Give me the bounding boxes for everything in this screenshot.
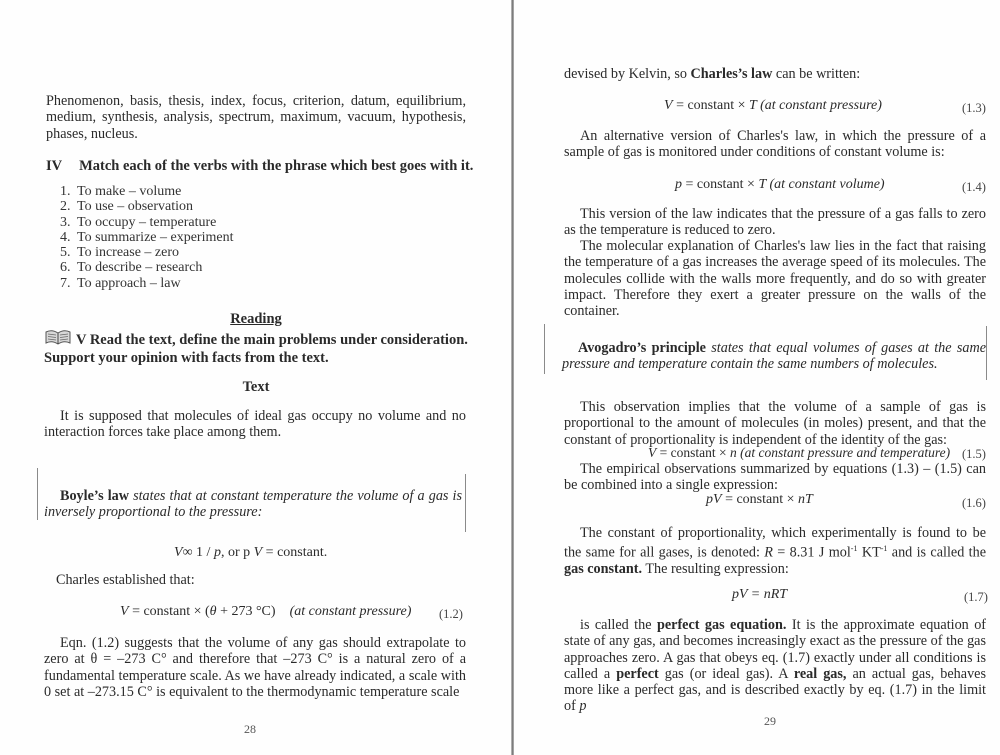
- charles-intro: Charles established that:: [56, 572, 195, 589]
- right-page: devised by Kelvin, so Charles’s law can …: [514, 0, 1000, 755]
- boyle-law-statement: Boyle’s law states that at constant temp…: [44, 488, 462, 521]
- page-number-right: 29: [764, 714, 776, 729]
- equation-number-1-4: (1.4): [962, 180, 986, 195]
- observation-paragraph: This observation implies that the volume…: [564, 399, 986, 448]
- alt-paragraph: An alternative version of Charles's law,…: [564, 128, 986, 161]
- boyle-equation: V∞ 1 / p, or p V = constant.: [174, 545, 327, 561]
- exercise-v-line1: V Read the text, define the main problem…: [76, 332, 468, 348]
- reading-heading: Reading: [230, 311, 282, 327]
- equation-1-3: V = constant × T (at constant pressure): [664, 98, 882, 114]
- molecular-paragraph: The molecular explanation of Charles's l…: [564, 238, 986, 319]
- verb-list: 1.To make – volume 2.To use – observatio…: [60, 184, 233, 291]
- eqn-paragraph: Eqn. (1.2) suggests that the volume of a…: [44, 635, 466, 700]
- list-item: 7.To approach – law: [60, 276, 233, 291]
- kelvin-line: devised by Kelvin, so Charles’s law can …: [564, 66, 860, 83]
- list-item: 6.To describe – research: [60, 260, 233, 275]
- equation-1-7: pV = nRT: [732, 587, 787, 603]
- exercise-v: V Read the text, define the main problem…: [44, 328, 484, 367]
- equation-1-5: V = constant × n (at constant pressure a…: [648, 445, 950, 461]
- box-border-left: [37, 468, 38, 520]
- word-list: Phenomenon, basis, thesis, index, focus,…: [46, 93, 466, 142]
- list-item: 5.To increase – zero: [60, 245, 233, 260]
- list-item: 3.To occupy – temperature: [60, 215, 233, 230]
- boyle-law-term: Boyle’s law: [60, 488, 129, 504]
- equation-1-4: p = constant × T (at constant volume): [675, 177, 885, 193]
- exercise-iv-instruction: Match each of the verbs with the phrase …: [79, 158, 473, 174]
- list-item: 4.To summarize – experiment: [60, 230, 233, 245]
- box-border-right: [465, 474, 466, 532]
- version-paragraph: This version of the law indicates that t…: [564, 206, 986, 239]
- list-item: 2.To use – observation: [60, 199, 233, 214]
- equation-number-1-3: (1.3): [962, 101, 986, 116]
- page-number-left: 28: [244, 722, 256, 737]
- avogadro-term: Avogadro’s principle: [578, 340, 706, 356]
- text-heading: Text: [46, 379, 466, 396]
- box-border-left: [544, 324, 545, 374]
- equation-number-1-5: (1.5): [962, 447, 986, 462]
- equation-1-2: V = constant × (θ + 273 °C)(at constant …: [120, 604, 411, 620]
- equation-number-1-6: (1.6): [962, 496, 986, 511]
- left-page: Phenomenon, basis, thesis, index, focus,…: [0, 0, 511, 755]
- avogadro-statement: Avogadro’s principle states that equal v…: [562, 340, 986, 373]
- empirical-paragraph: The empirical observations summarized by…: [564, 461, 986, 494]
- list-item: 1.To make – volume: [60, 184, 233, 199]
- intro-paragraph: It is supposed that molecules of ideal g…: [44, 408, 466, 441]
- perfect-paragraph: is called the perfect gas equation. It i…: [564, 617, 986, 715]
- constant-paragraph: The constant of proportionality, which e…: [564, 525, 986, 578]
- exercise-iv-label: IV: [46, 158, 62, 174]
- equation-number-1-2: (1.2): [439, 607, 463, 622]
- equation-number-1-7: (1.7): [964, 590, 988, 605]
- exercise-v-line2: Support your opinion with facts from the…: [44, 350, 329, 366]
- equation-1-6: pV = constant × nT: [706, 492, 813, 508]
- book-icon: [44, 328, 72, 346]
- exercise-iv-heading: IV Match each of the verbs with the phra…: [46, 158, 476, 175]
- box-border-right: [986, 326, 987, 380]
